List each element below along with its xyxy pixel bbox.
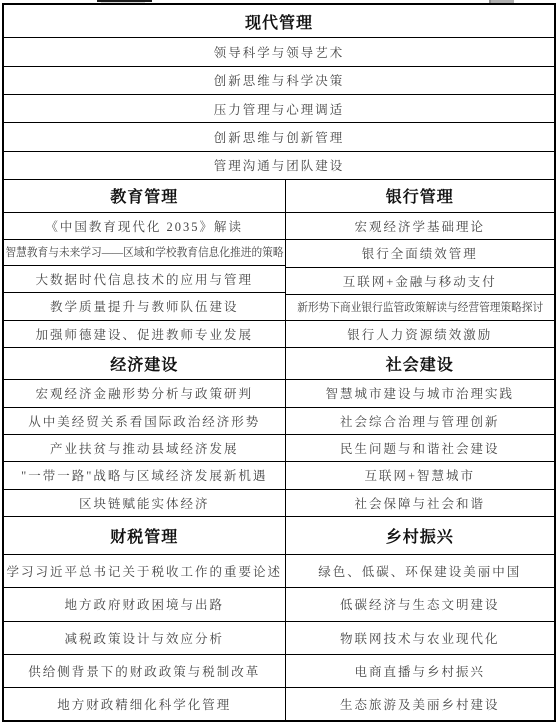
column-rural-revitalization: 乡村振兴 绿色、低碳、环保建设美丽中国 低碳经济与生态文明建设 物联网技术与农业… bbox=[286, 517, 555, 720]
course-title: 民生问题与和谐社会建设 bbox=[340, 439, 500, 457]
course-row: 创新思维与创新管理 bbox=[4, 123, 554, 151]
course-row: 领导科学与领导艺术 bbox=[4, 38, 554, 66]
section-fiscal-and-rural: 财税管理 学习习近平总书记关于税收工作的重要论述 地方政府财政困境与出路 减税政… bbox=[4, 517, 554, 720]
course-title: 地方政府财政困境与出路 bbox=[64, 595, 224, 613]
section-title: 教育管理 bbox=[110, 184, 178, 207]
course-row: 供给侧背景下的财政政策与税制改革 bbox=[4, 655, 285, 688]
course-title: 生态旅游及美丽乡村建设 bbox=[340, 695, 500, 713]
column-economic-construction: 经济建设 宏观经济金融形势分析与政策研判 从中美经贸关系看国际政治经济形势 产业… bbox=[4, 348, 286, 517]
course-row: 社会保障与社会和谐 bbox=[286, 490, 555, 517]
section-title: 现代管理 bbox=[245, 10, 313, 33]
course-row: 互联网+智慧城市 bbox=[286, 462, 555, 489]
course-title: 低碳经济与生态文明建设 bbox=[340, 595, 500, 613]
course-row: 银行全面绩效管理 bbox=[286, 240, 555, 268]
course-row: 产业扶贫与推动县域经济发展 bbox=[4, 435, 285, 462]
course-row: 加强师德建设、促进教师专业发展 bbox=[4, 321, 285, 349]
course-row: 教学质量提升与教师队伍建设 bbox=[4, 293, 285, 321]
course-title: 供给侧背景下的财政政策与税制改革 bbox=[28, 662, 260, 680]
section-title: 经济建设 bbox=[110, 352, 178, 375]
course-title: 管理沟通与团队建设 bbox=[214, 156, 345, 174]
course-row: 生态旅游及美丽乡村建设 bbox=[286, 688, 555, 720]
course-title: 智慧教育与未来学习——区域和学校教育信息化推进的策略 bbox=[5, 244, 283, 260]
course-title: 社会保障与社会和谐 bbox=[354, 494, 485, 512]
course-title: 新形势下商业银行监管政策解读与经营管理策略探讨 bbox=[297, 299, 543, 315]
course-title: 区块链赋能实体经济 bbox=[79, 494, 210, 512]
section-title: 社会建设 bbox=[386, 352, 454, 375]
course-catalog-table: 现代管理 领导科学与领导艺术 创新思维与科学决策 压力管理与心理调适 创新思维与… bbox=[2, 3, 556, 722]
course-row: 低碳经济与生态文明建设 bbox=[286, 588, 555, 621]
course-title: 社会综合治理与管理创新 bbox=[340, 412, 500, 430]
course-row: 学习习近平总书记关于税收工作的重要论述 bbox=[4, 555, 285, 588]
course-title: 地方财政精细化科学化管理 bbox=[57, 695, 231, 713]
course-title: "一带一路"战略与区域经济发展新机遇 bbox=[21, 466, 267, 484]
crop-artifact-left bbox=[97, 0, 152, 2]
course-title: 创新思维与创新管理 bbox=[214, 128, 345, 146]
course-row: 宏观经济学基础理论 bbox=[286, 213, 555, 241]
course-title: 银行人力资源绩效激励 bbox=[347, 325, 492, 343]
section-title: 财税管理 bbox=[110, 524, 178, 547]
course-row: 管理沟通与团队建设 bbox=[4, 152, 554, 180]
course-title: 宏观经济学基础理论 bbox=[354, 217, 485, 235]
section-modern-management: 现代管理 领导科学与领导艺术 创新思维与科学决策 压力管理与心理调适 创新思维与… bbox=[4, 5, 554, 180]
course-title: 宏观经济金融形势分析与政策研判 bbox=[35, 384, 253, 402]
course-row: 创新思维与科学决策 bbox=[4, 67, 554, 95]
course-title: 压力管理与心理调适 bbox=[214, 100, 345, 118]
course-title: 互联网+智慧城市 bbox=[364, 466, 475, 484]
course-row: 从中美经贸关系看国际政治经济形势 bbox=[4, 408, 285, 435]
course-row: 新形势下商业银行监管政策解读与经营管理策略探讨 bbox=[286, 295, 555, 321]
course-row: "一带一路"战略与区域经济发展新机遇 bbox=[4, 462, 285, 489]
course-title: 学习习近平总书记关于税收工作的重要论述 bbox=[6, 562, 282, 580]
column-bank-management: 银行管理 宏观经济学基础理论 银行全面绩效管理 互联网+金融与移动支付 新形势下… bbox=[286, 180, 555, 348]
course-row: 社会综合治理与管理创新 bbox=[286, 408, 555, 435]
section-education-and-banking: 教育管理 《中国教育现代化 2035》解读 智慧教育与未来学习——区域和学校教育… bbox=[4, 180, 554, 348]
course-title: 减税政策设计与效应分析 bbox=[64, 629, 224, 647]
section-header-row: 银行管理 bbox=[286, 180, 555, 213]
course-row: 智慧教育与未来学习——区域和学校教育信息化推进的策略 bbox=[4, 240, 285, 266]
section-header-row: 乡村振兴 bbox=[286, 517, 555, 555]
section-header-row: 社会建设 bbox=[286, 348, 555, 380]
course-row: 绿色、低碳、环保建设美丽中国 bbox=[286, 555, 555, 588]
course-title: 智慧城市建设与城市治理实践 bbox=[325, 384, 514, 402]
course-row: 互联网+金融与移动支付 bbox=[286, 268, 555, 296]
column-fiscal-tax-management: 财税管理 学习习近平总书记关于税收工作的重要论述 地方政府财政困境与出路 减税政… bbox=[4, 517, 286, 720]
course-title: 产业扶贫与推动县域经济发展 bbox=[50, 439, 239, 457]
course-title: 《中国教育现代化 2035》解读 bbox=[45, 217, 243, 235]
section-header-row: 财税管理 bbox=[4, 517, 285, 555]
course-row: 地方财政精细化科学化管理 bbox=[4, 688, 285, 720]
course-title: 教学质量提升与教师队伍建设 bbox=[50, 297, 239, 315]
course-catalog-page: 现代管理 领导科学与领导艺术 创新思维与科学决策 压力管理与心理调适 创新思维与… bbox=[0, 0, 559, 726]
course-row: 电商直播与乡村振兴 bbox=[286, 655, 555, 688]
course-row: 减税政策设计与效应分析 bbox=[4, 622, 285, 655]
course-title: 互联网+金融与移动支付 bbox=[343, 272, 497, 290]
course-title: 银行全面绩效管理 bbox=[362, 244, 478, 262]
course-row: 地方政府财政困境与出路 bbox=[4, 588, 285, 621]
course-title: 从中美经贸关系看国际政治经济形势 bbox=[28, 412, 260, 430]
course-title: 创新思维与科学决策 bbox=[214, 71, 345, 89]
course-row: 宏观经济金融形势分析与政策研判 bbox=[4, 380, 285, 407]
course-title: 大数据时代信息技术的应用与管理 bbox=[35, 270, 253, 288]
section-title: 乡村振兴 bbox=[386, 524, 454, 547]
course-title: 绿色、低碳、环保建设美丽中国 bbox=[318, 562, 521, 580]
course-row: 区块链赋能实体经济 bbox=[4, 490, 285, 517]
course-row: 物联网技术与农业现代化 bbox=[286, 622, 555, 655]
column-social-construction: 社会建设 智慧城市建设与城市治理实践 社会综合治理与管理创新 民生问题与和谐社会… bbox=[286, 348, 555, 517]
course-title: 加强师德建设、促进教师专业发展 bbox=[35, 325, 253, 343]
course-row: 压力管理与心理调适 bbox=[4, 95, 554, 123]
course-row: 大数据时代信息技术的应用与管理 bbox=[4, 266, 285, 294]
course-title: 领导科学与领导艺术 bbox=[214, 43, 345, 61]
course-row: 银行人力资源绩效激励 bbox=[286, 321, 555, 349]
section-header-row: 现代管理 bbox=[4, 5, 554, 38]
course-title: 电商直播与乡村振兴 bbox=[354, 662, 485, 680]
course-title: 物联网技术与农业现代化 bbox=[340, 629, 500, 647]
course-row: 《中国教育现代化 2035》解读 bbox=[4, 213, 285, 241]
section-economy-and-society: 经济建设 宏观经济金融形势分析与政策研判 从中美经贸关系看国际政治经济形势 产业… bbox=[4, 348, 554, 517]
column-education-management: 教育管理 《中国教育现代化 2035》解读 智慧教育与未来学习——区域和学校教育… bbox=[4, 180, 286, 348]
course-row: 智慧城市建设与城市治理实践 bbox=[286, 380, 555, 407]
section-title: 银行管理 bbox=[386, 184, 454, 207]
section-header-row: 经济建设 bbox=[4, 348, 285, 380]
section-header-row: 教育管理 bbox=[4, 180, 285, 213]
course-row: 民生问题与和谐社会建设 bbox=[286, 435, 555, 462]
